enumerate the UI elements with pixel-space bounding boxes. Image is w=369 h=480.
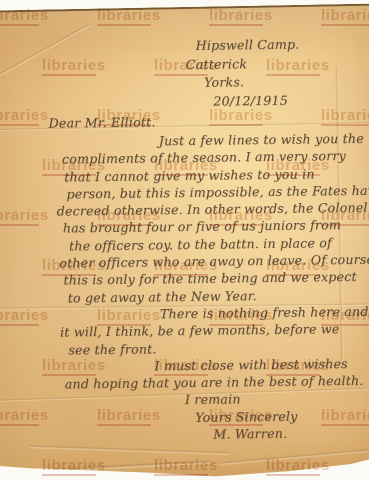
paper-crease — [0, 121, 369, 131]
paper-crease — [0, 303, 369, 311]
paper-crease — [220, 448, 369, 465]
paper-crease — [335, 66, 344, 366]
paper-crease — [0, 23, 91, 85]
paper-crease — [0, 459, 210, 477]
watermark-underline — [266, 474, 320, 476]
paper-crease — [30, 445, 230, 456]
paper-crease — [0, 387, 369, 402]
watermark-underline — [42, 474, 96, 476]
scanned-letter-page: librarieslibrarieslibrarieslibrarieslibr… — [0, 0, 369, 480]
paper-sheet — [0, 3, 369, 480]
